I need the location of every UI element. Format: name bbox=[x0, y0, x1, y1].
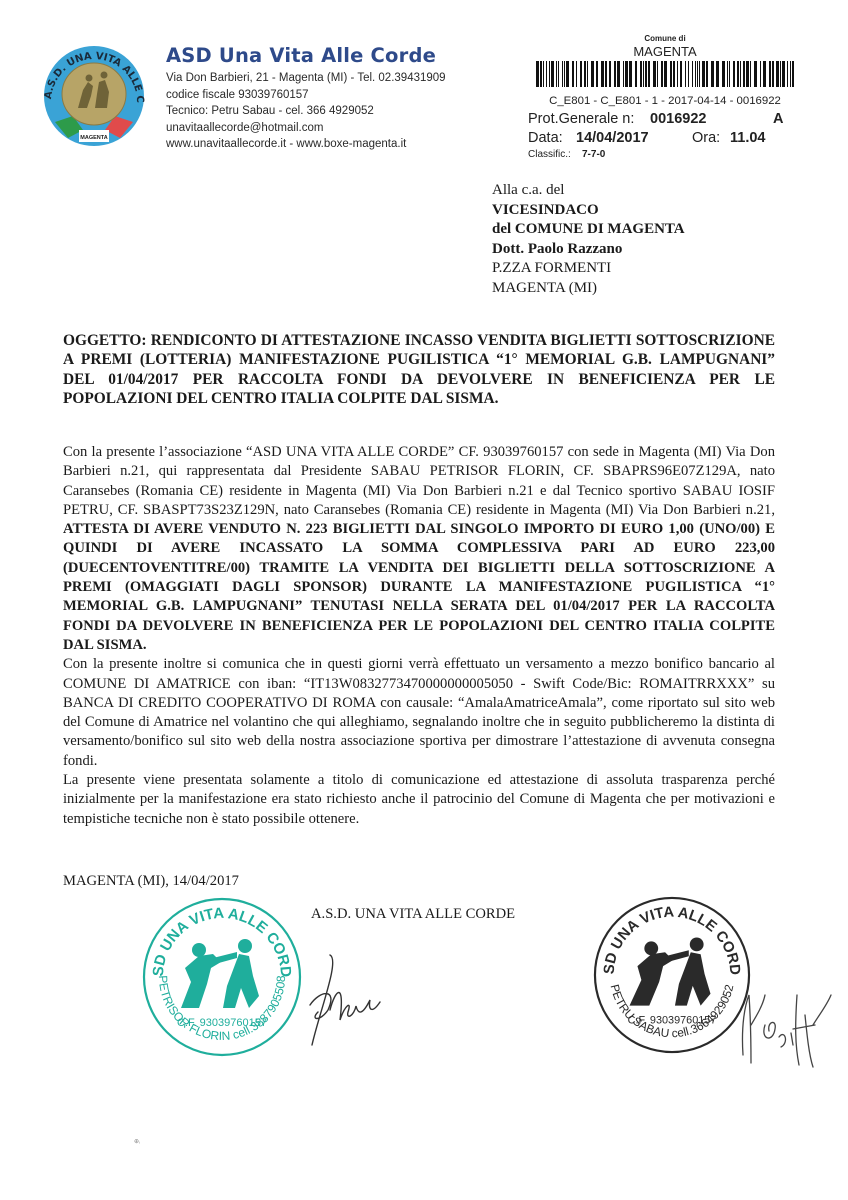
protocol-classification-label: Classific.: bbox=[528, 149, 571, 160]
svg-text:PETRISOR FLORIN cell.388790550: PETRISOR FLORIN cell.3887905508 bbox=[156, 975, 288, 1043]
svg-text:C.F. 93039760157: C.F. 93039760157 bbox=[177, 1017, 267, 1029]
letterhead: ASD Una Vita Alle Corde Via Don Barbieri… bbox=[166, 44, 446, 153]
svg-text:ASD UNA VITA ALLE CORDE: ASD UNA VITA ALLE CORDE bbox=[141, 896, 294, 978]
protocol-comune-label: Comune di bbox=[520, 34, 810, 43]
org-coach-contact: Tecnico: Petru Sabau - cel. 366 4929052 bbox=[166, 103, 446, 120]
svg-text:C.F. 93039760157: C.F. 93039760157 bbox=[628, 1014, 717, 1026]
protocol-number-label: Prot.Generale n: bbox=[528, 111, 634, 127]
protocol-time: 11.04 bbox=[730, 130, 766, 146]
body-paragraph-transfer: Con la presente inoltre si comunica che … bbox=[63, 655, 775, 771]
protocol-time-label: Ora: bbox=[692, 130, 720, 146]
body-paragraph-attestation: Con la presente l’associazione “ASD UNA … bbox=[63, 443, 775, 655]
scan-artifact: ⊕ᵢ bbox=[134, 1138, 140, 1145]
recipient-line: Dott. Paolo Razzano bbox=[492, 240, 685, 260]
recipient-address: Alla c.a. delVICESINDACOdel COMUNE DI MA… bbox=[492, 181, 685, 299]
protocol-date: 14/04/2017 bbox=[576, 130, 649, 146]
body-paragraph-transparency: La presente viene presentata solamente a… bbox=[63, 771, 775, 829]
recipient-line: VICESINDACO bbox=[492, 201, 685, 221]
protocol-classification: 7-7-0 bbox=[582, 149, 605, 160]
barcode-icon bbox=[536, 61, 798, 87]
org-websites: www.unavitaallecorde.it - www.boxe-magen… bbox=[166, 136, 446, 153]
svg-text:PETRU SABAU cell.3664929052: PETRU SABAU cell.3664929052 bbox=[608, 983, 737, 1040]
protocol-number: 0016922 bbox=[650, 111, 706, 127]
club-logo: MAGENTA A.S.D. UNA VITA ALLE CORDE bbox=[33, 44, 155, 148]
recipient-line: Alla c.a. del bbox=[492, 181, 685, 201]
recipient-line: del COMUNE DI MAGENTA bbox=[492, 220, 685, 240]
org-address: Via Don Barbieri, 21 - Magenta (MI) - Te… bbox=[166, 70, 446, 87]
signature-org-name: A.S.D. UNA VITA ALLE CORDE bbox=[311, 906, 515, 923]
protocol-stamp: Comune di MAGENTA C_E801 - C_E801 - 1 - … bbox=[520, 34, 810, 163]
attestation-intro: Con la presente l’associazione “ASD UNA … bbox=[63, 444, 775, 518]
place-date: MAGENTA (MI), 14/04/2017 bbox=[63, 873, 239, 890]
org-tax-code: codice fiscale 93039760157 bbox=[166, 87, 446, 104]
svg-text:ASD UNA VITA ALLE CORDE: ASD UNA VITA ALLE CORDE bbox=[592, 895, 742, 976]
recipient-line: MAGENTA (MI) bbox=[492, 279, 685, 299]
handwritten-signature-icon bbox=[735, 985, 835, 1070]
club-stamp-icon: ASD UNA VITA ALLE CORDE PETRISOR FLORIN … bbox=[141, 896, 303, 1058]
protocol-flag: A bbox=[773, 111, 783, 127]
protocol-date-label: Data: bbox=[528, 130, 563, 146]
org-name: ASD Una Vita Alle Corde bbox=[166, 44, 446, 67]
recipient-line: P.ZZA FORMENTI bbox=[492, 259, 685, 279]
protocol-comune-name: MAGENTA bbox=[520, 44, 810, 59]
svg-text:MAGENTA: MAGENTA bbox=[80, 135, 107, 141]
letter-body: Con la presente l’associazione “ASD UNA … bbox=[63, 443, 775, 829]
org-email: unavitaallecorde@hotmail.com bbox=[166, 120, 446, 137]
club-stamp-icon: ASD UNA VITA ALLE CORDE PETRU SABAU cell… bbox=[592, 895, 752, 1055]
protocol-code: C_E801 - C_E801 - 1 - 2017-04-14 - 00169… bbox=[520, 95, 810, 107]
boxing-club-logo-icon: MAGENTA A.S.D. UNA VITA ALLE CORDE bbox=[33, 44, 155, 148]
letter-subject: OGGETTO: RENDICONTO DI ATTESTAZIONE INCA… bbox=[63, 331, 775, 409]
handwritten-signature-icon bbox=[290, 950, 385, 1060]
attestation-statement: ATTESTA DI AVERE VENDUTO N. 223 BIGLIETT… bbox=[63, 521, 775, 653]
